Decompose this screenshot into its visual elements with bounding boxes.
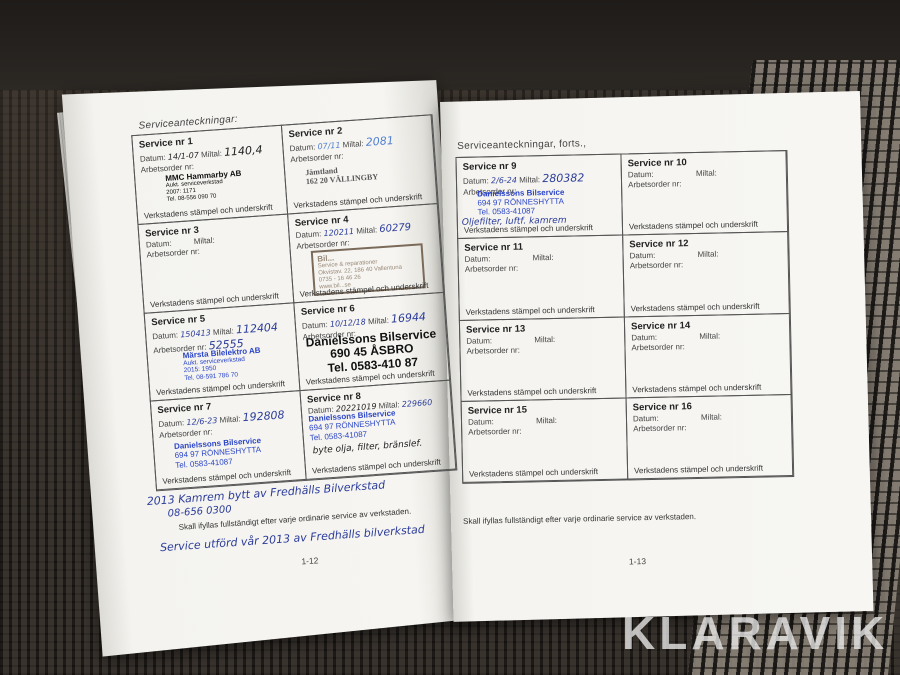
- miltal-value: 229660: [401, 398, 432, 409]
- datum-value: 10/12/18: [330, 317, 366, 328]
- right-page-content: Serviceanteckningar, forts., Service nr …: [455, 128, 799, 575]
- workshop-stamp: Danielssons Bilservice694 97 RÖNNESHYTTA…: [477, 188, 565, 217]
- left-page-content: Serviceanteckningar: Service nr 1 Datum:…: [120, 95, 482, 587]
- datum-value: 14/1-07: [168, 151, 200, 162]
- service-entry-3: Service nr 3 Datum: Miltal: Arbetsorder …: [137, 213, 294, 313]
- service-entry-13: Service nr 13 Datum: Miltal: Arbetsorder…: [459, 316, 627, 402]
- service-entry-15: Service nr 15 Datum: Miltal: Arbetsorder…: [461, 397, 629, 483]
- workshop-stamp: Märsta Bilelektro ABAukt. serviceverksta…: [182, 345, 262, 382]
- datum-value: 07/11: [317, 141, 341, 152]
- workshop-stamp: Danielssons Bilservice694 97 RÖNNESHYTTA…: [308, 409, 397, 443]
- workshop-stamp: MMC Hammarby ABAukt. serviceverkstad2007…: [165, 169, 243, 204]
- datum-value: 12/6-23: [186, 416, 218, 427]
- datum-value: 2/6-24: [491, 176, 517, 186]
- service-entry-7: Service nr 7 Datum: 12/6-23 Miltal: 1928…: [150, 390, 307, 490]
- service-entry-16: Service nr 16 Datum: Miltal: Arbetsorder…: [626, 394, 794, 480]
- service-entry-4: Service nr 4 Datum: 120211 Miltal: 60279…: [287, 203, 444, 303]
- service-grid-right: Service nr 9 Datum: 2/6-24 Miltal: 28038…: [455, 150, 794, 484]
- service-entry-14: Service nr 14 Datum: Miltal: Arbetsorder…: [624, 313, 792, 399]
- service-entry-5: Service nr 5 Datum: 150413 Miltal: 11240…: [144, 302, 301, 402]
- service-entry-1: Service nr 1 Datum: 14/1-07 Miltal: 1140…: [131, 125, 288, 225]
- miltal-value: 60279: [379, 222, 412, 235]
- miltal-value: 1140,4: [224, 143, 263, 159]
- service-entry-2: Service nr 2 Datum: 07/11 Miltal: 2081 A…: [281, 114, 438, 214]
- miltal-value: 280382: [542, 171, 584, 185]
- handwritten-note-2: 08-656 0300: [167, 504, 232, 519]
- service-grid-left: Service nr 1 Datum: 14/1-07 Miltal: 1140…: [131, 114, 457, 491]
- service-entry-8: Service nr 8 Datum: 20221019 Miltal: 229…: [299, 380, 456, 480]
- service-entry-6: Service nr 6 Datum: 10/12/18 Miltal: 169…: [293, 291, 450, 391]
- service-note: byte olja, filter, bränslef.: [312, 439, 422, 457]
- miltal-value: 16944: [391, 310, 427, 325]
- page-footer: Skall ifyllas fullständigt efter varje o…: [463, 512, 696, 526]
- page-number: 1-12: [301, 555, 319, 566]
- section-title: Serviceanteckningar, forts.,: [457, 138, 586, 152]
- klaravik-watermark: KLARAVIK: [622, 606, 888, 660]
- miltal-value: 2081: [365, 134, 394, 149]
- service-entry-12: Service nr 12 Datum: Miltal: Arbetsorder…: [622, 231, 790, 317]
- workshop-stamp: Jämtland162 20 VÄLLINGBY: [305, 163, 378, 186]
- service-entry-11: Service nr 11 Datum: Miltal: Arbetsorder…: [457, 235, 625, 321]
- service-entry-9: Service nr 9 Datum: 2/6-24 Miltal: 28038…: [455, 154, 623, 240]
- service-entry-10: Service nr 10 Datum: Miltal: Arbetsorder…: [620, 150, 788, 236]
- page-number: 1-13: [629, 556, 646, 566]
- datum-value: 120211: [323, 227, 354, 238]
- workshop-stamp: Danielssons Bilservice694 97 RÖNNESHYTTA…: [174, 436, 263, 470]
- datum-value: 150413: [180, 328, 211, 339]
